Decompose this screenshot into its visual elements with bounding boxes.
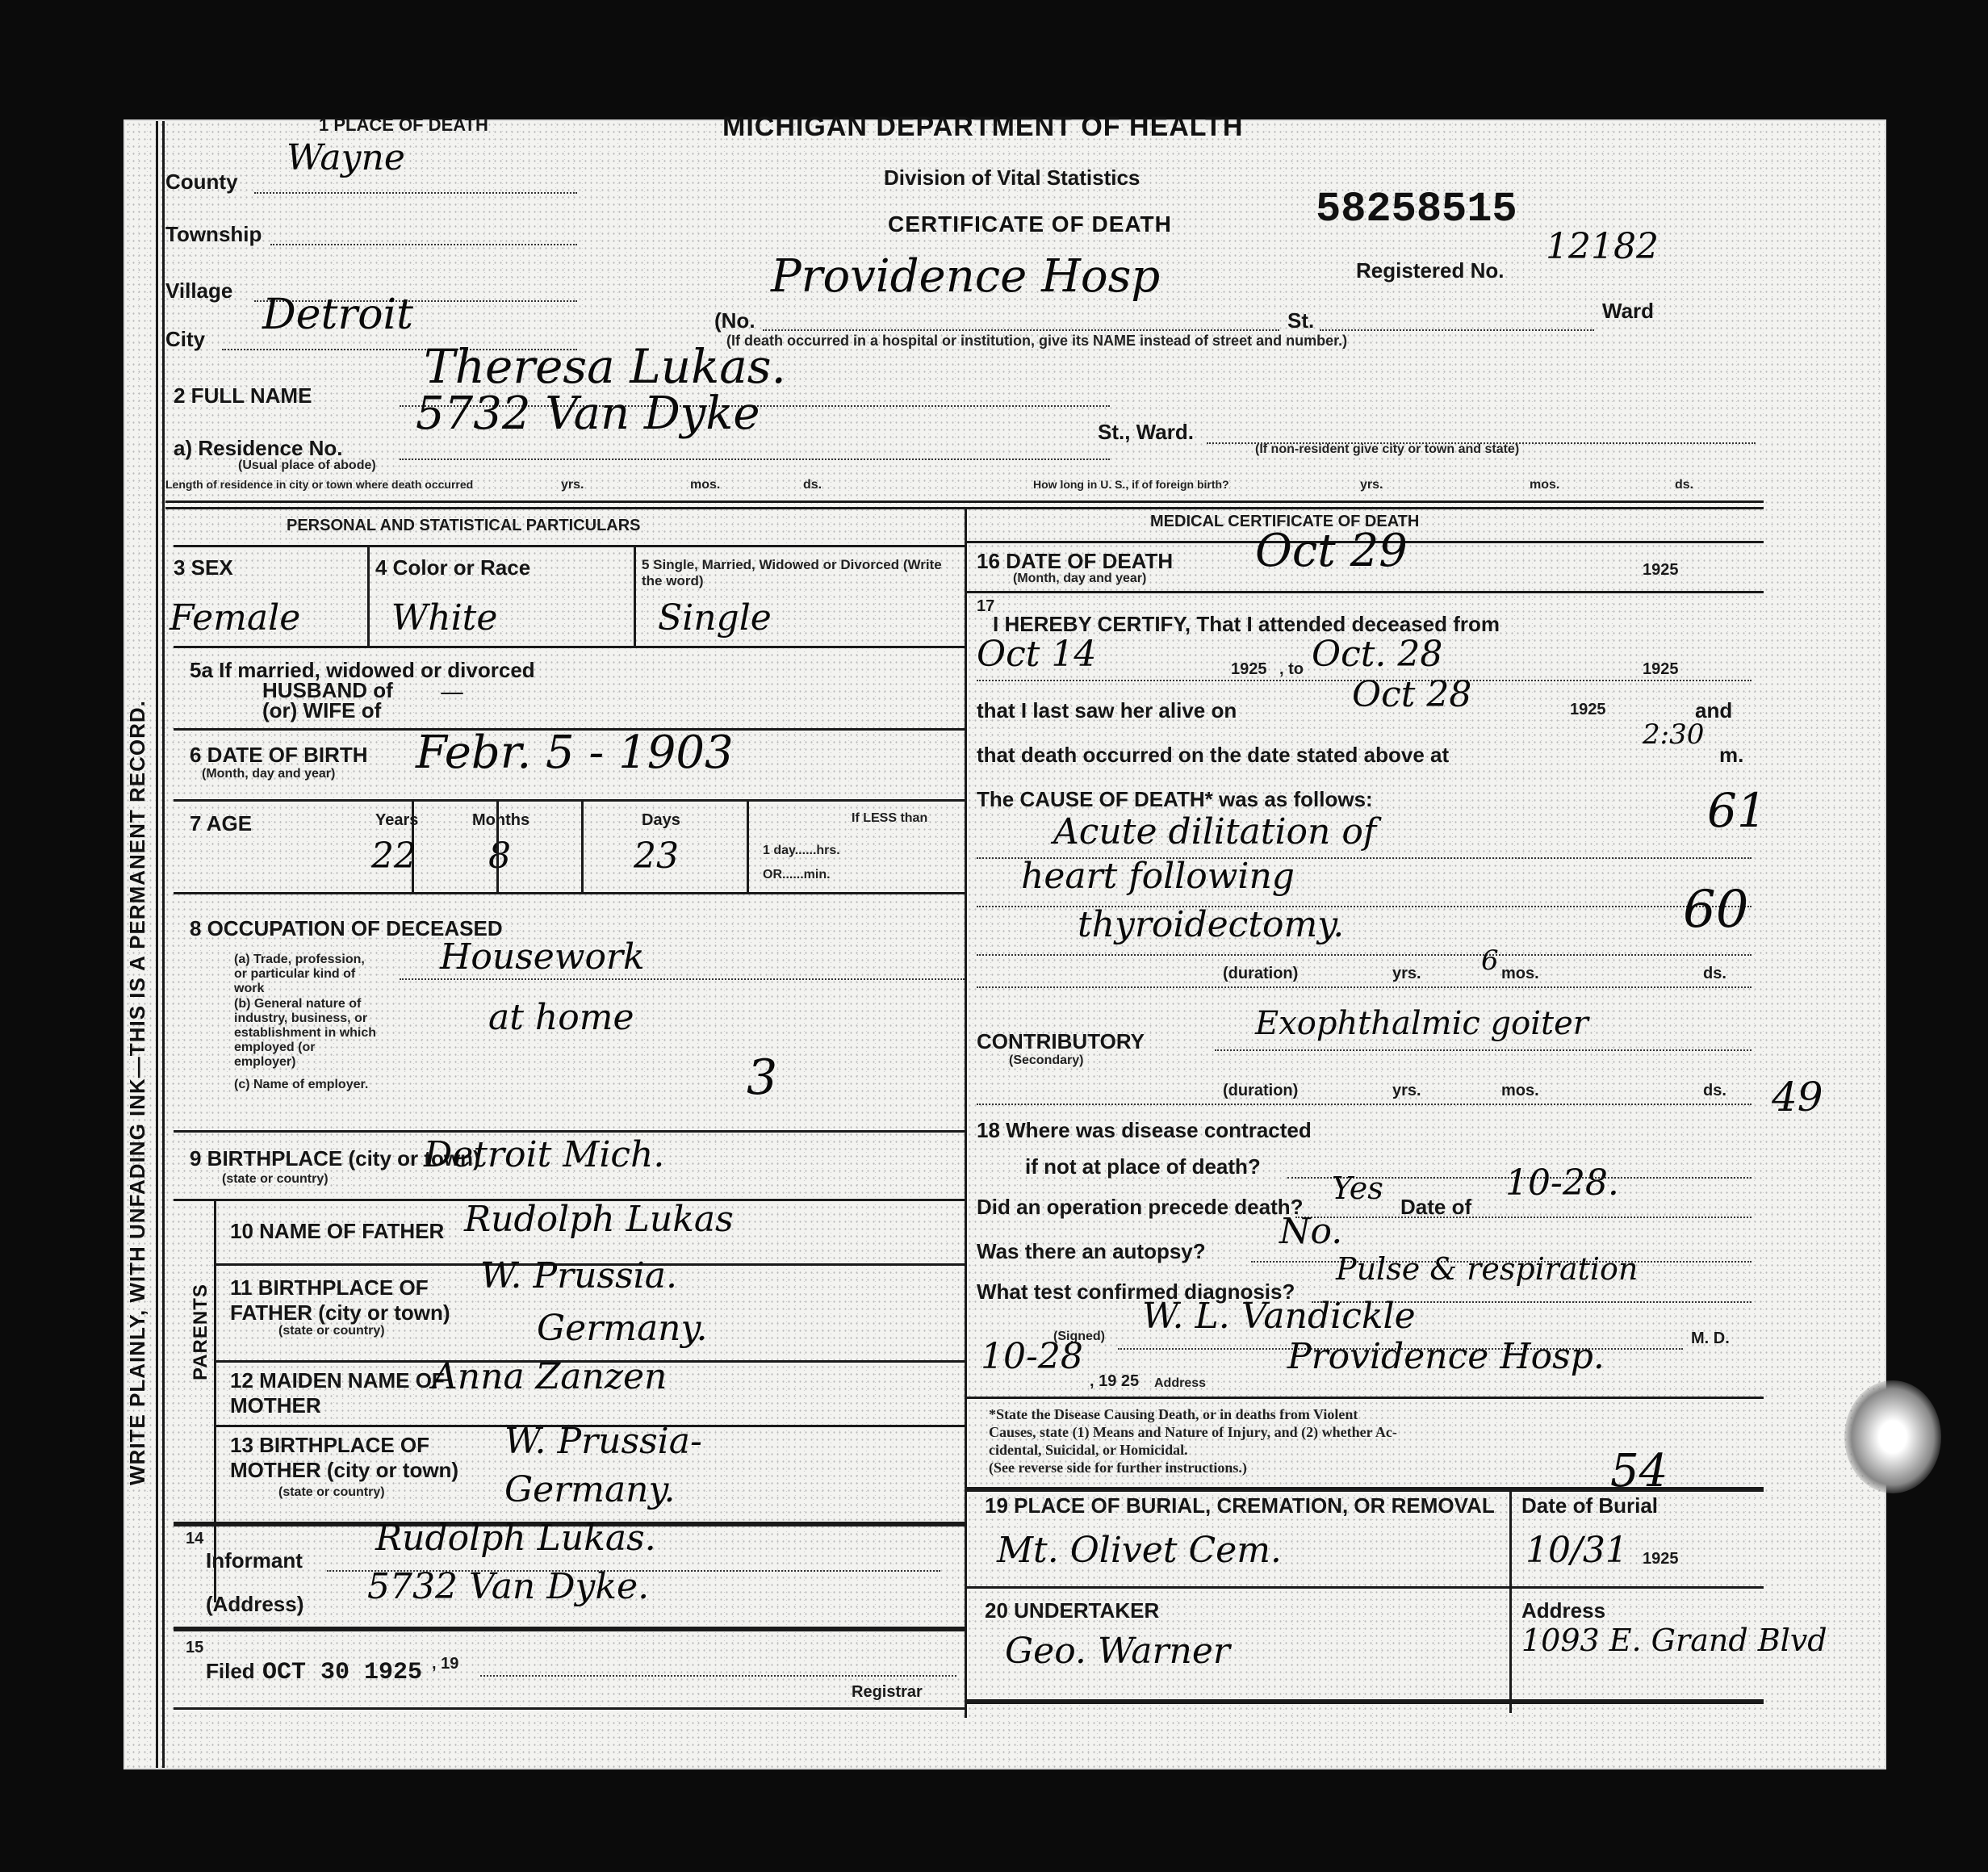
residence-value: 5732 Van Dyke	[416, 387, 760, 440]
contributory-mos-label: mos.	[1501, 1082, 1539, 1100]
mother-birthplace-city: W. Prussia-	[504, 1421, 702, 1462]
signed-value: W. L. Vandickle	[1142, 1296, 1416, 1337]
dob-sublabel: (Month, day and year)	[202, 767, 335, 781]
occ-b-label: (b) General nature of industry, business…	[234, 997, 379, 1070]
father-label: 10 NAME OF FATHER	[230, 1219, 444, 1244]
occ-c-label: (c) Name of employer.	[234, 1078, 368, 1092]
filed-19: , 19	[432, 1655, 458, 1673]
birthplace-sublabel: (state or country)	[222, 1172, 329, 1187]
age-days-label: Days	[642, 811, 680, 830]
sign-year: , 19 25	[1090, 1372, 1139, 1391]
duration-mos-value: 6	[1481, 944, 1499, 977]
sex-value: Female	[170, 597, 300, 639]
filed-num: 15	[186, 1639, 203, 1657]
personal-section-title: PERSONAL AND STATISTICAL PARTICULARS	[287, 517, 641, 535]
mother-birthplace-label: 13 BIRTHPLACE OF MOTHER (city or town)	[230, 1433, 472, 1483]
left-border-inner	[162, 121, 165, 1768]
registered-no-label: Registered No.	[1356, 258, 1505, 283]
informant-value: Rudolph Lukas.	[375, 1518, 656, 1559]
attended-from: Oct 14	[977, 634, 1096, 675]
left-border	[156, 121, 158, 1768]
st-label: St.	[1287, 308, 1314, 333]
contributory-sublabel: (Secondary)	[1009, 1053, 1083, 1068]
registered-no-value: 12182	[1546, 226, 1659, 267]
md-label: M. D.	[1691, 1330, 1730, 1348]
age-months-value: 8	[488, 835, 511, 877]
occ-a-label: (a) Trade, profession, or particular kin…	[234, 953, 371, 996]
death-time-value: 2:30	[1643, 718, 1704, 751]
marital-label: 5 Single, Married, Widowed or Divorced (…	[642, 557, 956, 589]
father-birthplace-country: Germany.	[537, 1308, 708, 1349]
city-value: Detroit	[262, 291, 413, 339]
paper-damage	[1844, 1380, 1941, 1493]
dod-sublabel: (Month, day and year)	[1013, 572, 1146, 586]
duration-ds-label: ds.	[1703, 965, 1726, 983]
age-years-label: Years	[375, 811, 418, 830]
place-of-death-heading: 1 PLACE OF DEATH	[319, 115, 488, 136]
township-label: Township	[165, 222, 262, 247]
city-label: City	[165, 327, 205, 352]
mos-label: mos.	[690, 478, 720, 492]
no-label: (No.	[714, 308, 755, 333]
informant-label: Informant	[206, 1548, 303, 1573]
last-saw-year: 1925	[1570, 701, 1606, 719]
county-value: Wayne	[287, 137, 405, 178]
occ-a-value: Housework	[440, 936, 645, 978]
length-of-residence-label: Length of residence in city or town wher…	[165, 478, 473, 491]
dod-year: 1925	[1643, 561, 1679, 580]
footnote-3: cidental, Suicidal, or Homicidal.	[989, 1442, 1188, 1459]
attended-from-year: 1925	[1231, 660, 1267, 679]
footnote-2: Causes, state (1) Means and Nature of In…	[989, 1424, 1397, 1441]
sex-label: 3 SEX	[174, 555, 233, 580]
certificate-title: CERTIFICATE OF DEATH	[888, 211, 1172, 237]
one-day-label: 1 day......hrs.	[763, 844, 840, 858]
autopsy-value: No.	[1279, 1211, 1342, 1252]
duration-mos-label: mos.	[1501, 965, 1539, 983]
serial-number: 58258515	[1316, 186, 1517, 233]
parents-label: PARENTS	[190, 1284, 212, 1380]
autopsy-label: Was there an autopsy?	[977, 1239, 1206, 1264]
father-birthplace-sublabel: (state or country)	[278, 1324, 385, 1338]
or-min-label: OR......min.	[763, 868, 831, 882]
informant-num: 14	[186, 1530, 203, 1548]
full-name-label: 2 FULL NAME	[174, 383, 312, 408]
sign-address-value: Providence Hosp.	[1287, 1336, 1605, 1377]
burial-date-label: Date of Burial	[1521, 1493, 1658, 1518]
informant-address-value: 5732 Van Dyke.	[367, 1566, 649, 1607]
last-saw-label: that I last saw her alive on	[977, 698, 1237, 723]
st-ward-label: St., Ward.	[1098, 420, 1194, 445]
undertaker-label: 20 UNDERTAKER	[985, 1598, 1159, 1623]
contributory-yrs-label: yrs.	[1392, 1082, 1421, 1100]
mother-birthplace-country: Germany.	[504, 1469, 676, 1510]
residence-sublabel: (Usual place of abode)	[238, 459, 376, 473]
age-years-value: 22	[371, 835, 416, 877]
marital-value: Single	[658, 597, 772, 639]
side-instruction: WRITE PLAINLY, WITH UNFADING INK—THIS IS…	[125, 700, 150, 1485]
undertaker-address-value: 1093 E. Grand Blvd	[1521, 1623, 1827, 1658]
sign-date: 10-28	[981, 1336, 1083, 1377]
dod-value: Oct 29	[1255, 525, 1408, 577]
father-birthplace-label: 11 BIRTHPLACE OF FATHER (city or town)	[230, 1275, 456, 1325]
mother-birthplace-sublabel: (state or country)	[278, 1485, 385, 1500]
attended-to: Oct. 28	[1312, 634, 1442, 675]
cause-line-2: heart following	[1021, 856, 1295, 897]
us-mos-label: mos.	[1530, 478, 1559, 492]
informant-address-label: (Address)	[206, 1592, 303, 1617]
hospital-value: Providence Hosp	[771, 250, 1160, 303]
operation-date-value: 10-28.	[1505, 1162, 1619, 1204]
filed-stamp: OCT 30 1925	[262, 1659, 422, 1686]
registrar-label: Registrar	[852, 1683, 923, 1702]
burial-year: 1925	[1643, 1550, 1679, 1568]
full-name-value: Theresa Lukas.	[424, 339, 786, 394]
department-title: MICHIGAN DEPARTMENT OF HEALTH	[722, 111, 1243, 143]
less-than-label: If LESS than	[852, 811, 927, 826]
to-label: , to	[1279, 660, 1304, 679]
division-title: Division of Vital Statistics	[884, 165, 1140, 191]
father-birthplace-city: W. Prussia.	[480, 1255, 677, 1296]
mother-value: Anna Zanzen	[432, 1356, 667, 1397]
yrs-label: yrs.	[561, 478, 584, 492]
margin-code-60: 60	[1683, 880, 1748, 940]
spouse-value: —	[440, 678, 464, 706]
death-certificate: WRITE PLAINLY, WITH UNFADING INK—THIS IS…	[125, 121, 1885, 1768]
death-time-label: that death occurred on the date stated a…	[977, 743, 1449, 768]
burial-date-value: 10/31	[1526, 1530, 1628, 1571]
race-label: 4 Color or Race	[375, 555, 530, 580]
dod-label: 16 DATE OF DEATH	[977, 549, 1173, 574]
operation-label: Did an operation precede death?	[977, 1195, 1304, 1220]
margin-code-61: 61	[1707, 783, 1767, 838]
occ-margin-note: 3	[747, 1049, 777, 1106]
operation-value: Yes	[1332, 1171, 1383, 1206]
sign-address-label: Address	[1154, 1376, 1206, 1391]
contributory-label: CONTRIBUTORY	[977, 1029, 1145, 1054]
dob-value: Febr. 5 - 1903	[416, 727, 734, 779]
last-saw-value: Oct 28	[1352, 674, 1471, 715]
q18-label: 18 Where was disease contracted	[977, 1118, 1312, 1143]
spouse-label-3: (or) WIFE of	[262, 698, 381, 723]
us-residence-label: How long in U. S., if of foreign birth?	[1033, 478, 1229, 491]
contributory-value: Exophthalmic goiter	[1255, 1005, 1588, 1042]
footnote-4: (See reverse side for further instructio…	[989, 1459, 1247, 1476]
county-label: County	[165, 170, 238, 195]
cause-line-1: Acute dilitation of	[1053, 811, 1376, 852]
us-yrs-label: yrs.	[1360, 478, 1383, 492]
nonresident-note: (If non-resident give city or town and s…	[1255, 442, 1519, 457]
footnote-1: *State the Disease Causing Death, or in …	[989, 1406, 1358, 1423]
us-ds-label: ds.	[1675, 478, 1693, 492]
occ-b-value: at home	[488, 997, 634, 1038]
m-label: m.	[1719, 743, 1743, 768]
duration-label: (duration)	[1223, 965, 1298, 983]
contributory-ds-label: ds.	[1703, 1082, 1726, 1100]
center-divider	[965, 507, 967, 1718]
age-days-value: 23	[634, 835, 679, 877]
dob-label: 6 DATE OF BIRTH	[190, 743, 368, 768]
margin-code-49: 49	[1772, 1074, 1823, 1120]
undertaker-value: Geo. Warner	[1005, 1631, 1230, 1672]
undertaker-address-label: Address	[1521, 1598, 1605, 1623]
burial-label: 19 PLACE OF BURIAL, CREMATION, OR REMOVA…	[985, 1493, 1501, 1518]
attended-to-year: 1925	[1643, 660, 1679, 679]
cause-line-3: thyroidectomy.	[1078, 904, 1344, 945]
test-value: Pulse & respiration	[1336, 1251, 1638, 1287]
duration-yrs-label: yrs.	[1392, 965, 1421, 983]
village-label: Village	[165, 278, 232, 304]
birthplace-value: Detroit Mich.	[424, 1134, 664, 1175]
ds-label: ds.	[803, 478, 822, 492]
hospital-note: (If death occurred in a hospital or inst…	[726, 333, 1347, 350]
filed-label: Filed	[206, 1659, 255, 1684]
age-months-label: Months	[472, 811, 529, 830]
cause-label: The CAUSE OF DEATH* was as follows:	[977, 787, 1373, 812]
age-label: 7 AGE	[190, 811, 252, 836]
item-17: 17	[977, 597, 994, 616]
race-value: White	[391, 597, 497, 639]
burial-value: Mt. Olivet Cem.	[997, 1530, 1282, 1571]
father-value: Rudolph Lukas	[464, 1199, 734, 1240]
contributory-duration-label: (duration)	[1223, 1082, 1298, 1100]
residence-label: a) Residence No.	[174, 436, 343, 461]
q18-label-2: if not at place of death?	[1025, 1154, 1261, 1179]
ward-label: Ward	[1602, 299, 1654, 324]
